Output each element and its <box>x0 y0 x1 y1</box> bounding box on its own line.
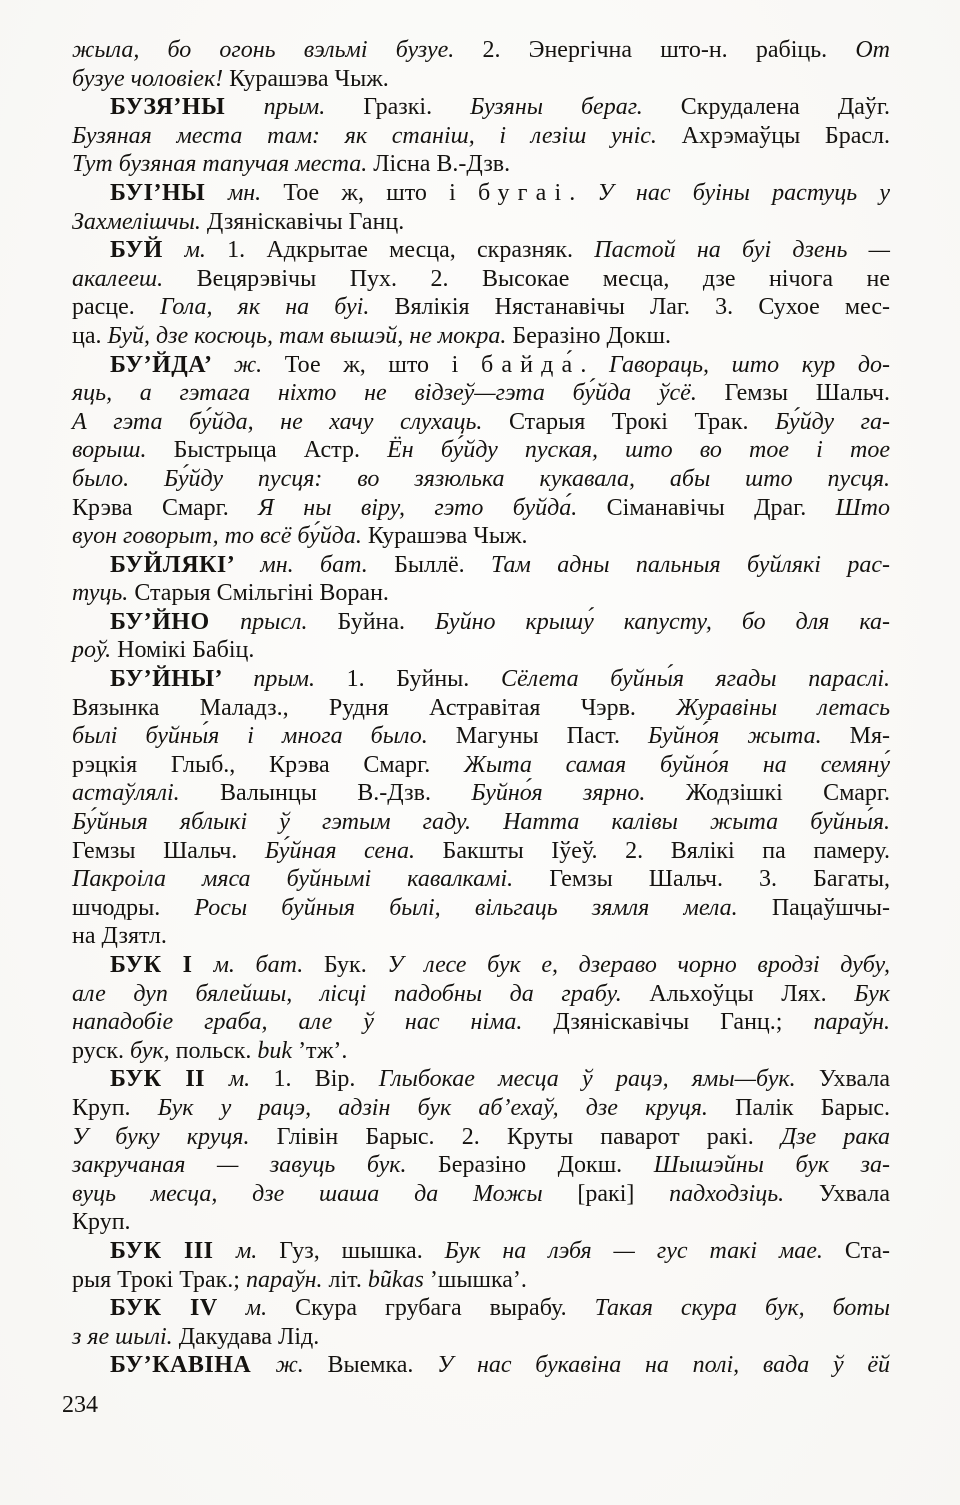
text-line: рыя Трокі Трак.; параўн. літ. bũkas ’шыш… <box>72 1266 890 1295</box>
text-run: Захмелішчы. <box>72 209 201 235</box>
text-line: БУІ’НЫ мн. Тое ж, што і бугаі. У нас буі… <box>72 179 890 208</box>
text-run: Журавіны летась <box>676 695 890 721</box>
text-run: Гавораць, што кур до- <box>609 352 890 378</box>
text-run: м. <box>185 237 206 263</box>
text-line: былі буйны́я і многа было. Магуны Паст. … <box>72 722 890 751</box>
text-run: яць, а гэтага ніхто не відзеў—гэта бу́йд… <box>72 380 697 406</box>
text-line: Крэва Смарг. Я ны віру, гэто буйда́. Сім… <box>72 494 890 523</box>
text-run: Сёлета буйны́я ягады параслі. <box>501 666 890 692</box>
text-line: ца. Буй, дзе косюць, там вышэй, не мокра… <box>72 322 890 351</box>
text-run: туць. <box>72 580 128 606</box>
text-line: астаўлялі. Валынцы В.-Дзв. Буйно́я зярно… <box>72 779 890 808</box>
text-run: У нас буіны растуць у <box>598 180 890 206</box>
text-run: Гуз, шышка. <box>257 1238 444 1264</box>
dictionary-page: жыла, бо огонь вэльмі бузуе. 2. Энергічн… <box>0 0 960 1505</box>
text-run: Пацаўшчы- <box>738 895 890 921</box>
text-run: Ухвала <box>784 1181 890 1207</box>
headword: БУ’ЙДА’ <box>110 352 234 378</box>
headword: БУК I <box>110 952 214 978</box>
text-run: Курашэва Чыж. <box>362 523 528 549</box>
dictionary-text: жыла, бо огонь вэльмі бузуе. 2. Энергічн… <box>72 36 890 1380</box>
text-run: астаўлялі. <box>72 780 180 806</box>
text-line: Вязынка Маладз., Рудня Астравітая Чэрв. … <box>72 694 890 723</box>
text-run: У лесе бук е, дзераво чорно вродзі дубу, <box>387 952 890 978</box>
text-run: ж. <box>234 352 262 378</box>
text-run: Лісна В.-Дзв. <box>367 151 510 177</box>
text-run: Скура грубага вырабу. <box>267 1295 595 1321</box>
headword: БУК II <box>110 1066 229 1092</box>
text-line: вуць месца, дзе шаша да Можы [ракі] падх… <box>72 1180 890 1209</box>
text-run: Росы буйныя былі, вільгаць зямля мела. <box>194 895 737 921</box>
text-run: Быллё. <box>368 552 491 578</box>
text-run: 1. Вір. <box>250 1066 379 1092</box>
text-run: жыла, бо огонь вэльмі бузуе. <box>72 37 454 63</box>
text-run: У буку круця. <box>72 1124 249 1150</box>
text-line: акалееш. Вецярэвічы Пух. 2. Высокае месц… <box>72 265 890 294</box>
text-run: м. <box>236 1238 257 1264</box>
text-line: БУ’ЙНЫ’ прым. 1. Буйны. Сёлета буйны́я я… <box>72 665 890 694</box>
text-run: buk <box>257 1038 292 1064</box>
text-run: Бук у рацэ, адзін бук аб’ехаў, дзе круця… <box>158 1095 708 1121</box>
text-run: руск. <box>72 1038 130 1064</box>
text-run: ворыш. <box>72 437 146 463</box>
headword: БУЙ <box>110 237 185 263</box>
text-run: Бук <box>854 981 890 1007</box>
headword: БУЙЛЯКІ’ <box>110 552 260 578</box>
text-run: . <box>569 180 597 206</box>
text-line: нападобіе граба, але ў нас німа. Дзяніск… <box>72 1008 890 1037</box>
text-run: 1. Адкрытае месца, скразняк. <box>206 237 594 263</box>
text-run: Круп. <box>72 1095 158 1121</box>
text-run: Дзе рака <box>781 1124 890 1150</box>
text-run: Вязынка Маладз., Рудня Астравітая Чэрв. <box>72 695 676 721</box>
text-run: расце. <box>72 294 160 320</box>
text-run: з яе шылі. <box>72 1324 173 1350</box>
text-run: 2. Энергічна што-н. рабіць. <box>454 37 855 63</box>
text-run: У нас букавіна на полі, вада ў ёй <box>437 1352 890 1378</box>
text-line: БУ’ЙНО прысл. Буйна. Буйно крышу́ капуст… <box>72 608 890 637</box>
text-run: Тое ж, што і <box>261 180 478 206</box>
text-run: Номікі Бабіц. <box>111 637 254 663</box>
text-run: Жодзішкі Смарг. <box>645 780 890 806</box>
text-run: ’тж’. <box>292 1038 347 1064</box>
text-line: на Дзятл. <box>72 922 890 951</box>
text-run: мн. <box>228 180 261 206</box>
text-run: Я ны віру, гэто буйда́. <box>258 495 577 521</box>
headword: БУІ’НЫ <box>110 180 228 206</box>
text-run: рэцкія Глыб., Крэва Смарг. <box>72 752 464 778</box>
text-line: Тут бузяная тапучая места. Лісна В.-Дзв. <box>72 150 890 179</box>
text-run: Выемка. <box>304 1352 437 1378</box>
text-run: Дзяніскавічы Ганц.; <box>522 1009 813 1035</box>
text-run: Круп. <box>72 1209 131 1235</box>
text-line: БУК II м. 1. Вір. Глыбокае месца ў рацэ,… <box>72 1065 890 1094</box>
text-line: з яе шылі. Дакудава Лід. <box>72 1323 890 1352</box>
text-run: Буйно́я жыта. <box>648 723 822 749</box>
headword: БУЗЯ’НЫ <box>110 94 264 120</box>
text-run: прысл. <box>240 609 307 635</box>
text-line: рэцкія Глыб., Крэва Смарг. Жыта самая бу… <box>72 751 890 780</box>
text-run: Вецярэвічы Пух. 2. Высокае месца, дзе ні… <box>163 266 890 292</box>
text-run: м. <box>246 1295 267 1321</box>
text-run: ж. <box>275 1352 303 1378</box>
text-run: шчодры. <box>72 895 194 921</box>
text-run: Буйно крышу́ капусту, бо для ка- <box>435 609 890 635</box>
text-run: Буйно́я зярно. <box>471 780 645 806</box>
text-line: БУЙ м. 1. Адкрытае месца, скразняк. Паст… <box>72 236 890 265</box>
page-number: 234 <box>62 1390 98 1420</box>
text-line: БУЗЯ’НЫ прым. Гразкі. Бузяны бераг. Скру… <box>72 93 890 122</box>
text-line: У буку круця. Глівін Барыс. 2. Круты пав… <box>72 1123 890 1152</box>
text-line: было. Бу́йду пусця: во зязюлька кукавала… <box>72 465 890 494</box>
text-line: жыла, бо огонь вэльмі бузуе. 2. Энергічн… <box>72 36 890 65</box>
text-run: мн. бат. <box>260 552 367 578</box>
text-run: вуць месца, дзе шаша да Можы <box>72 1181 577 1207</box>
text-run: Там адны пальныя буйлякі рас- <box>491 552 890 578</box>
text-line: туць. Старыя Смільгіні Воран. <box>72 579 890 608</box>
text-line: А гэта бу́йда, не хачу слухаць. Старыя Т… <box>72 408 890 437</box>
text-line: шчодры. Росы буйныя былі, вільгаць зямля… <box>72 894 890 923</box>
text-run: 1. Буйны. <box>315 666 501 692</box>
text-run: Пастой на буі дзень — <box>594 237 890 263</box>
text-run: Крэва Смарг. <box>72 495 258 521</box>
text-line: Круп. <box>72 1208 890 1237</box>
text-run: [ракі] <box>577 1181 669 1207</box>
text-run: Дзяніскавічы Ганц. <box>201 209 404 235</box>
headword: БУ’ЙНЫ’ <box>110 666 253 692</box>
text-run: Бузяная места там: як станіш, і лезіш ун… <box>72 123 657 149</box>
text-run: Беразіно Докш. <box>406 1152 653 1178</box>
text-line: Пакроіла мяса буйнымі кавалкамі. Гемзы Ш… <box>72 865 890 894</box>
text-run: Глыбокае месца ў рацэ, ямы—бук. <box>379 1066 796 1092</box>
text-run: Старыя Трокі Трак. <box>482 409 775 435</box>
text-line: БУ’КАВІНА ж. Выемка. У нас букавіна на п… <box>72 1351 890 1380</box>
text-run: Бу́йныя яблыкі ў гэтым гаду. Натта калів… <box>72 809 890 835</box>
text-line: бузуе чоловіек! Курашэва Чыж. <box>72 65 890 94</box>
text-run: Ста- <box>823 1238 890 1264</box>
text-run: Гемзы Шальч. <box>697 380 890 406</box>
text-line: ворыш. Быстрыца Астр. Ён бу́йду пуская, … <box>72 436 890 465</box>
text-run: Ухвала <box>796 1066 890 1092</box>
text-run: Глівін Барыс. 2. Круты паварот ракі. <box>249 1124 780 1150</box>
text-run: закручаная — завуць бук. <box>72 1152 406 1178</box>
text-run: Бу́йная сена. <box>265 838 415 864</box>
text-run: падходзіць. <box>669 1181 784 1207</box>
text-line: але дуп бялейшы, лісці падобны да грабу.… <box>72 980 890 1009</box>
headword: БУ’ЙНО <box>110 609 240 635</box>
text-line: БУЙЛЯКІ’ мн. бат. Быллё. Там адны пальны… <box>72 551 890 580</box>
text-run: роў. <box>72 637 111 663</box>
text-run: Бакшты Іўеў. 2. Вялікі па памеру. <box>415 838 890 864</box>
text-run: Курашэва Чыж. <box>223 66 389 92</box>
text-run: параўн. <box>246 1267 323 1293</box>
text-run: Старыя Смільгіні Воран. <box>128 580 389 606</box>
text-run: на Дзятл. <box>72 923 167 949</box>
text-run: От <box>855 37 890 63</box>
text-run: Гемзы Шальч. 3. Багаты, <box>513 866 890 892</box>
text-line: БУК III м. Гуз, шышка. Бук на лэбя — гус… <box>72 1237 890 1266</box>
text-run: Што <box>836 495 890 521</box>
text-run: Бук. <box>303 952 387 978</box>
text-run: Палік Барыс. <box>708 1095 890 1121</box>
text-run: Гола, як на буі. <box>160 294 369 320</box>
text-run: Такая скура бук, боты <box>595 1295 890 1321</box>
text-run: Тое ж, што і <box>262 352 481 378</box>
headword: БУ’КАВІНА <box>110 1352 275 1378</box>
text-run: Дакудава Лід. <box>173 1324 320 1350</box>
text-run: . <box>580 352 609 378</box>
headword: БУК III <box>110 1238 236 1264</box>
text-run: прым. <box>253 666 315 692</box>
text-run: байда́ <box>481 352 580 378</box>
text-run: Шышэйны бук за- <box>654 1152 890 1178</box>
text-line: Бу́йныя яблыкі ў гэтым гаду. Натта калів… <box>72 808 890 837</box>
text-run: Бук на лэбя — гус такі мае. <box>445 1238 823 1264</box>
text-run: ’шышка’. <box>424 1267 527 1293</box>
text-run: параўн. <box>813 1009 890 1035</box>
text-run: Скрудалена Даўг. <box>643 94 890 120</box>
text-run: Ён бу́йду пуская, што во тое і тое <box>387 437 890 463</box>
text-line: яць, а гэтага ніхто не відзеў—гэта бу́йд… <box>72 379 890 408</box>
text-run: Бу́йду га- <box>775 409 890 435</box>
text-run: вуон говорыт, то всё бу́йда. <box>72 523 362 549</box>
text-run: Гемзы Шальч. <box>72 838 265 864</box>
text-line: роў. Номікі Бабіц. <box>72 636 890 665</box>
text-run: Валынцы В.-Дзв. <box>180 780 472 806</box>
text-line: Захмелішчы. Дзяніскавічы Ганц. <box>72 208 890 237</box>
text-run: бузуе чоловіек! <box>72 66 223 92</box>
text-run: было. Бу́йду пусця: во зязюлька кукавала… <box>72 466 890 492</box>
text-run: Магуны Паст. <box>428 723 648 749</box>
text-run: акалееш. <box>72 266 163 292</box>
text-run: літ. <box>323 1267 368 1293</box>
text-line: закручаная — завуць бук. Беразіно Докш. … <box>72 1151 890 1180</box>
text-line: БУК I м. бат. Бук. У лесе бук е, дзераво… <box>72 951 890 980</box>
text-run: А гэта бу́йда, не хачу слухаць. <box>72 409 482 435</box>
text-run: але дуп бялейшы, лісці падобны да грабу. <box>72 981 622 1007</box>
text-run: Ахрэмаўцы Брасл. <box>657 123 890 149</box>
text-run: нападобіе граба, але ў нас німа. <box>72 1009 522 1035</box>
headword: БУК IV <box>110 1295 246 1321</box>
text-run: ца. <box>72 323 108 349</box>
text-run: Пакроіла мяса буйнымі кавалкамі. <box>72 866 513 892</box>
text-run: Сіманавічы Драг. <box>577 495 835 521</box>
text-run: польск. <box>170 1038 258 1064</box>
text-line: руск. бук, польск. buk ’тж’. <box>72 1037 890 1066</box>
text-run: Бузяны бераг. <box>470 94 643 120</box>
text-run: Буй, дзе косюць, там вышэй, не мокра. <box>108 323 507 349</box>
text-line: Круп. Бук у рацэ, адзін бук аб’ехаў, дзе… <box>72 1094 890 1123</box>
text-run: Вялікія Нястанавічы Лаг. 3. Сухое мес- <box>369 294 890 320</box>
text-run: bũkas <box>368 1267 424 1293</box>
text-run: Беразіно Докш. <box>506 323 671 349</box>
text-line: БУ’ЙДА’ ж. Тое ж, што і байда́. Гавораць… <box>72 351 890 380</box>
text-run: рыя Трокі Трак.; <box>72 1267 246 1293</box>
text-line: вуон говорыт, то всё бу́йда. Курашэва Чы… <box>72 522 890 551</box>
text-run: былі буйны́я і многа было. <box>72 723 428 749</box>
text-line: расце. Гола, як на буі. Вялікія Нястанав… <box>72 293 890 322</box>
text-run: Буйна. <box>308 609 436 635</box>
text-run: Жыта самая буйно́я на семяну́ <box>464 752 890 778</box>
text-run: м. <box>229 1066 250 1092</box>
text-run: прым. <box>264 94 326 120</box>
text-line: Гемзы Шальч. Бу́йная сена. Бакшты Іўеў. … <box>72 837 890 866</box>
text-run: бугаі <box>478 180 569 206</box>
text-run: м. бат. <box>214 952 304 978</box>
text-run: Альхоўцы Лях. <box>622 981 855 1007</box>
text-line: БУК IV м. Скура грубага вырабу. Такая ск… <box>72 1294 890 1323</box>
text-run: бук, <box>130 1038 170 1064</box>
text-run: Тут бузяная тапучая места. <box>72 151 367 177</box>
text-run: Быстрыца Астр. <box>146 437 387 463</box>
text-run: Мя- <box>822 723 890 749</box>
text-line: Бузяная места там: як станіш, і лезіш ун… <box>72 122 890 151</box>
text-run: Гразкі. <box>325 94 470 120</box>
